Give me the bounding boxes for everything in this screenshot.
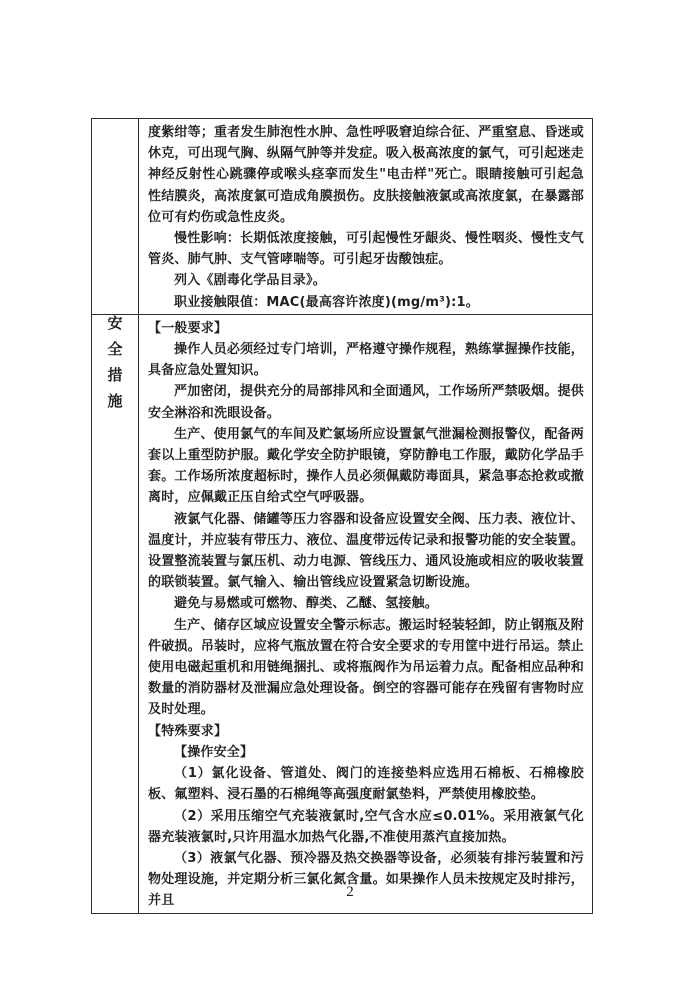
paragraph-leak-detection-ppe: 生产、使用氯气的车间及贮氯场所应设置氯气泄漏检测报警仪，配备两套以上重型防护服。…: [148, 424, 584, 509]
row-label-cell-safety-measures: 安全措施: [92, 314, 139, 913]
paragraph-ventilation: 严加密闭，提供充分的局部排风和全面通风，工作场所严禁吸烟。提供安全淋浴和洗眼设备…: [148, 381, 584, 423]
heading-general-requirements: 【一般要求】: [148, 318, 584, 339]
document-page: 度紫绀等；重者发生肺泡性水肿、急性呼吸窘迫综合征、严重窒息、昏迷或休克，可出现气…: [0, 0, 700, 989]
safety-measures-content-cell: 【一般要求】 操作人员必须经过专门培训，严格遵守操作规程，熟练掌握操作技能，具备…: [139, 314, 593, 913]
heading-special-requirements: 【特殊要求】: [148, 721, 584, 742]
paragraph-chronic-effects: 慢性影响：长期低浓度接触，可引起慢性牙龈炎、慢性咽炎、慢性支气管炎、肺气肿、支气…: [148, 228, 584, 270]
table-row-safety-measures: 安全措施 【一般要求】 操作人员必须经过专门培训，严格遵守操作规程，熟练掌握操作…: [92, 314, 593, 913]
paragraph-exposure-limit: 职业接触限值：MAC(最高容许浓度)(mg/m³):1。: [148, 292, 584, 313]
paragraph-vaporizer-blowdown: （3）液氯气化器、预冷器及热交换器等设备，必须装有排污装置和污物处理设施，并定期…: [148, 848, 584, 912]
safety-data-table: 度紫绀等；重者发生肺泡性水肿、急性呼吸窘迫综合征、严重窒息、昏迷或休克，可出现气…: [91, 118, 593, 914]
health-hazard-content-cell: 度紫绀等；重者发生肺泡性水肿、急性呼吸窘迫综合征、严重窒息、昏迷或休克，可出现气…: [139, 119, 593, 315]
paragraph-training: 操作人员必须经过专门培训，严格遵守操作规程，熟练掌握操作技能，具备应急处置知识。: [148, 339, 584, 381]
row-label-cell-empty: [92, 119, 139, 315]
paragraph-storage-handling: 生产、储存区域应设置安全警示标志。搬运时轻装轻卸，防止钢瓶及附件破损。吊装时，应…: [148, 615, 584, 721]
paragraph-acute-effects-continued: 度紫绀等；重者发生肺泡性水肿、急性呼吸窘迫综合征、严重窒息、昏迷或休克，可出现气…: [148, 122, 584, 228]
paragraph-pressure-vessels: 液氯气化器、储罐等压力容器和设备应设置安全阀、压力表、液位计、温度计，并应装有带…: [148, 509, 584, 594]
paragraph-avoid-contact: 避免与易燃或可燃物、醇类、乙醚、氢接触。: [148, 593, 584, 614]
page-number: 2: [0, 884, 700, 901]
heading-operation-safety: 【操作安全】: [148, 742, 584, 763]
row-label-safety-measures: 安全措施: [105, 315, 126, 430]
paragraph-toxic-catalog: 列入《剧毒化学品目录》。: [148, 270, 584, 291]
paragraph-gasket-materials: （1）氯化设备、管道处、阀门的连接垫料应选用石棉板、石棉橡胶板、氟塑料、浸石墨的…: [148, 763, 584, 805]
table-row-health-hazard-continued: 度紫绀等；重者发生肺泡性水肿、急性呼吸窘迫综合征、严重窒息、昏迷或休克，可出现气…: [92, 119, 593, 315]
paragraph-compressed-air-filling: （2）采用压缩空气充装液氯时,空气含水应≤0.01%。采用液氯气化器充装液氯时,…: [148, 806, 584, 848]
